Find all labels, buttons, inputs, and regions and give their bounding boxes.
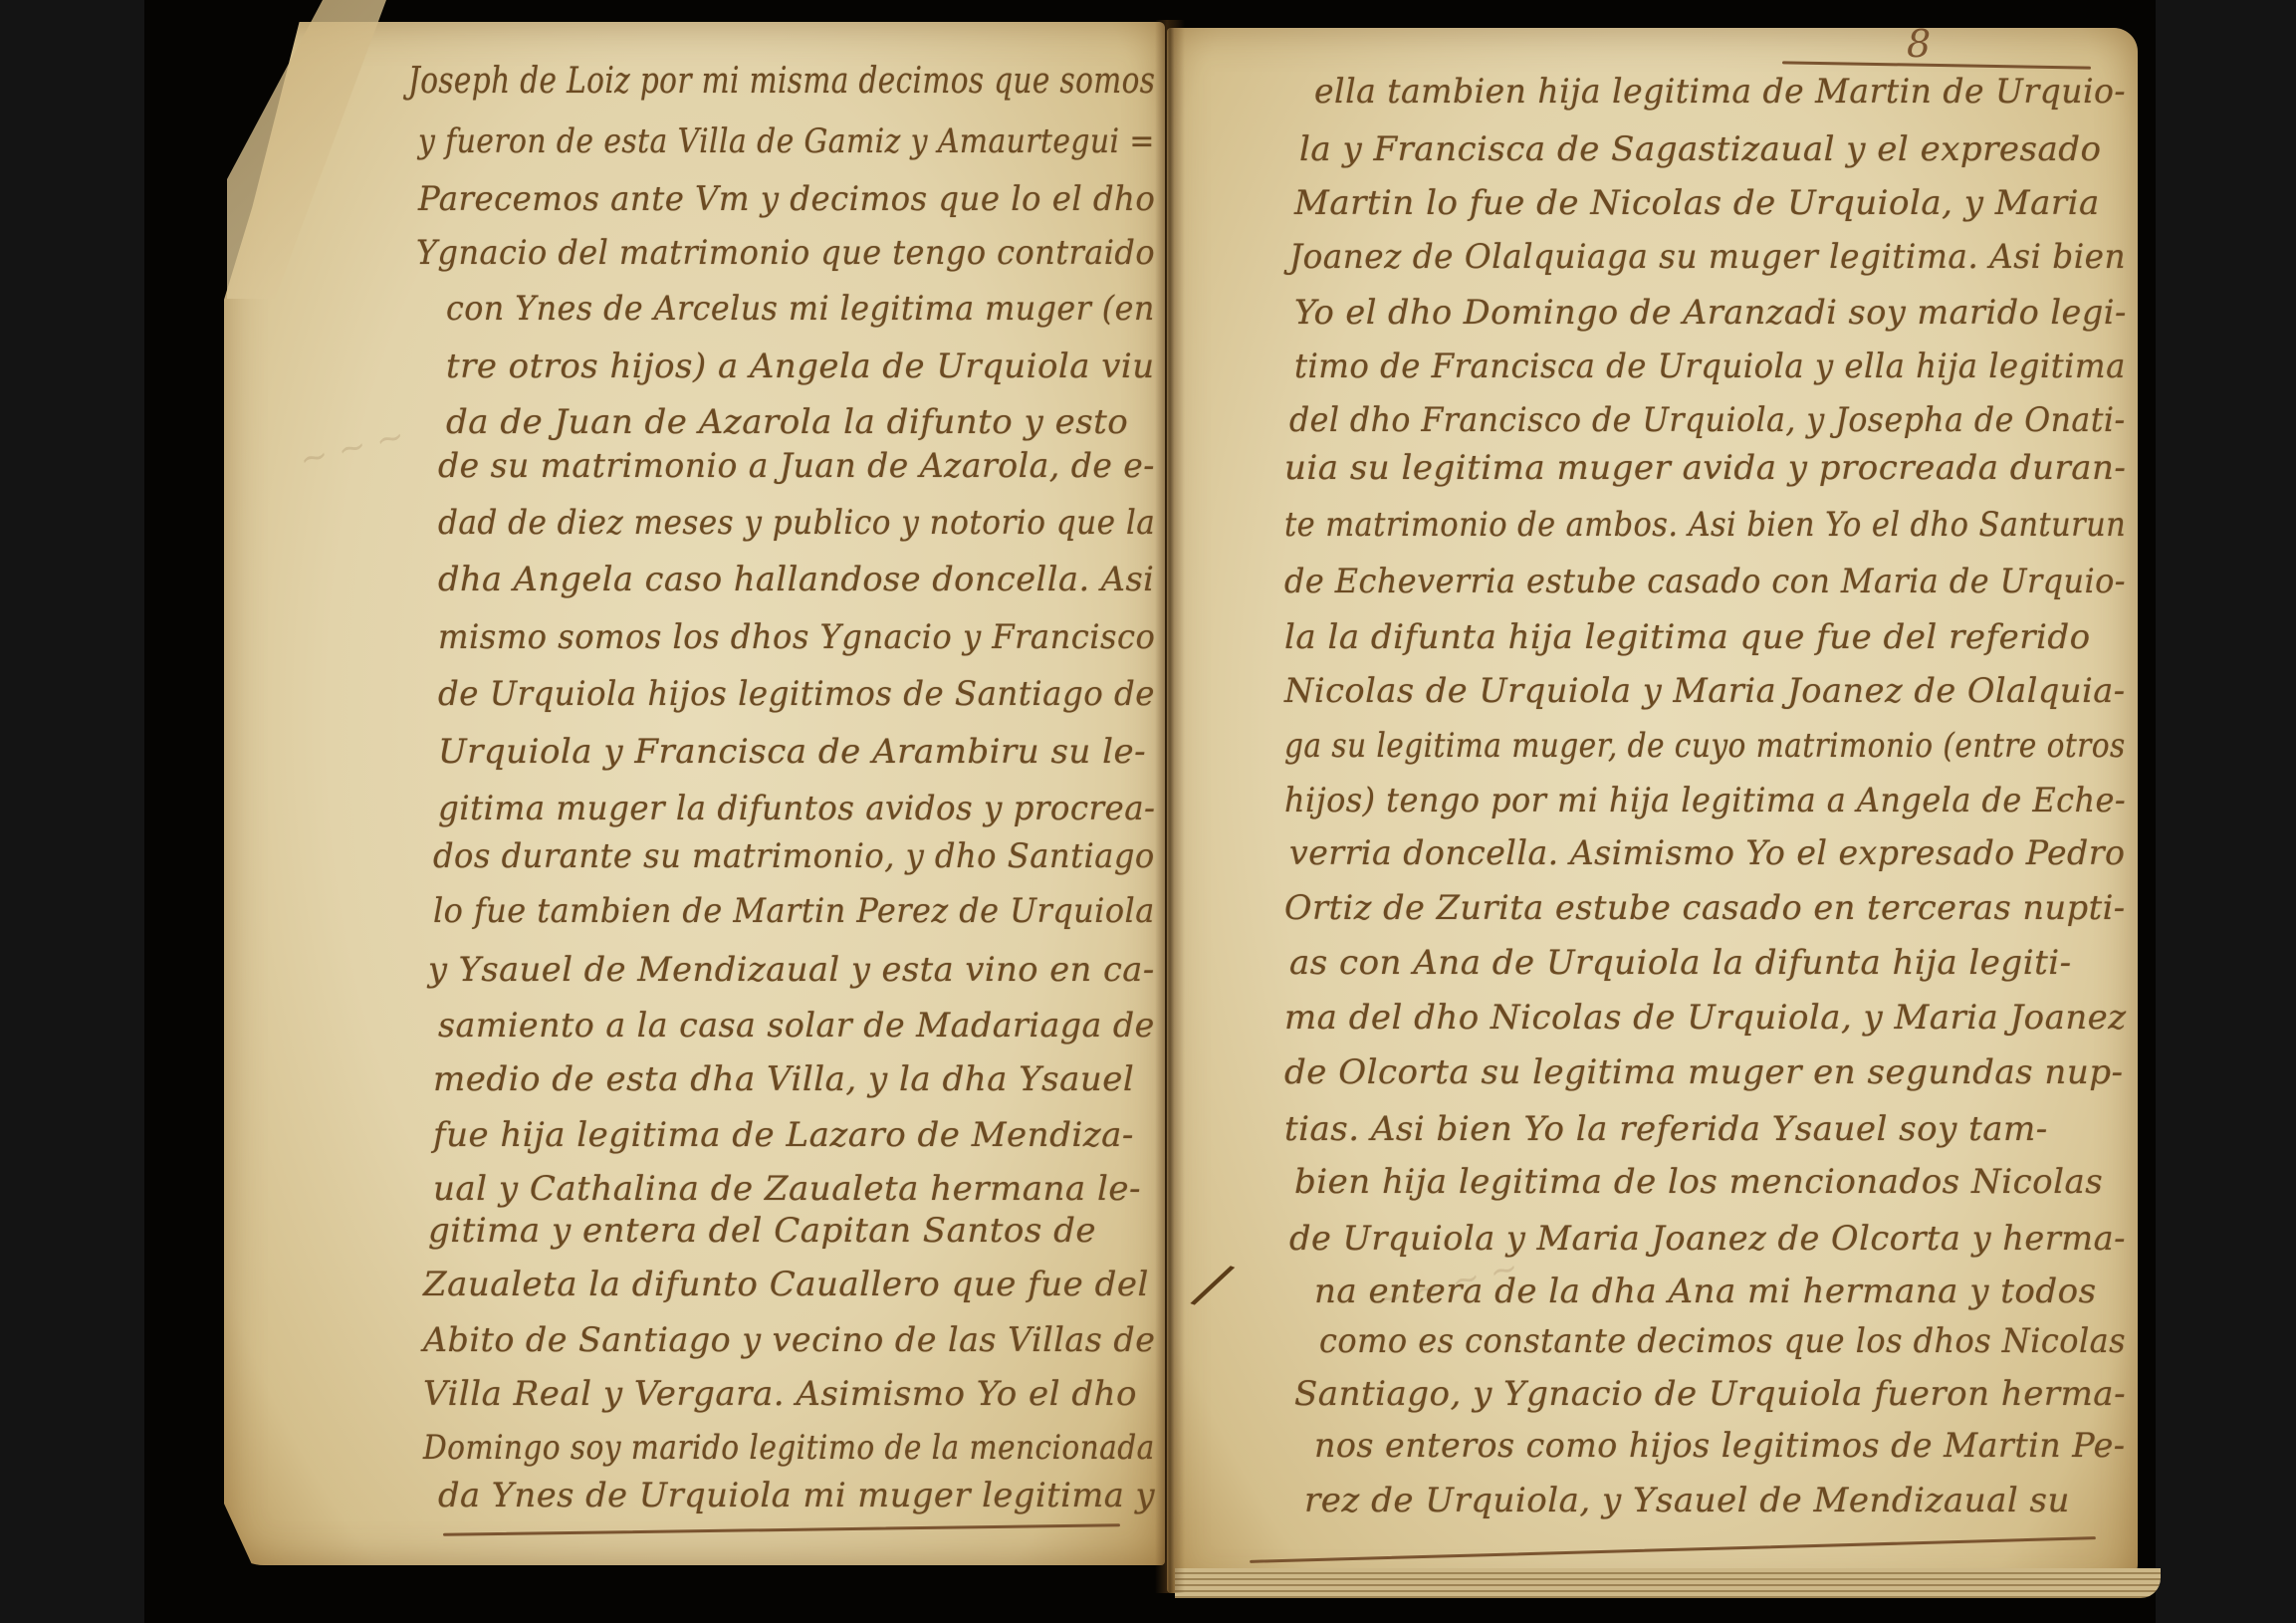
text-line: tre otros hijos) a Angela de Urquiola vi…	[446, 345, 1155, 388]
text-line: Nicolas de Urquiola y Maria Joanez de Ol…	[1284, 669, 2126, 713]
text-line: de Echeverria estube casado con Maria de…	[1284, 560, 2126, 603]
text-line: dha Angela caso hallandose doncella. Asi	[438, 558, 1154, 601]
text-line: verria doncella. Asimismo Yo el expresad…	[1289, 831, 2125, 875]
text-line: Joseph de Loiz por mi misma decimos que …	[408, 60, 1155, 104]
text-line: de Urquiola hijos legitimos de Santiago …	[438, 672, 1155, 716]
text-line: da de Juan de Azarola la difunto y esto	[446, 400, 1128, 444]
text-line: Zaualeta la difunto Cauallero que fue de…	[423, 1263, 1149, 1306]
text-line: con Ynes de Arcelus mi legitima muger (e…	[446, 287, 1155, 331]
text-line: fue hija legitima de Lazaro de Mendiza-	[433, 1113, 1134, 1157]
text-line: Abito de Santiago y vecino de las Villas…	[423, 1318, 1155, 1362]
text-line: de Olcorta su legitima muger en segundas…	[1284, 1050, 2123, 1094]
text-line: dad de diez meses y publico y notorio qu…	[438, 501, 1155, 545]
text-line: Urquiola y Francisca de Arambiru su le-	[438, 730, 1146, 774]
text-line: Domingo soy marido legitimo de la mencio…	[423, 1426, 1155, 1470]
text-line: Santiago, y Ygnacio de Urquiola fueron h…	[1294, 1372, 2126, 1416]
left-dark-band	[0, 0, 144, 1623]
book-gutter	[1155, 20, 1185, 1593]
text-line: Villa Real y Vergara. Asimismo Yo el dho	[423, 1372, 1137, 1416]
text-line: ma del dho Nicolas de Urquiola, y Maria …	[1284, 996, 2127, 1040]
text-line: Parecemos ante Vm y decimos que lo el dh…	[418, 177, 1155, 221]
text-line: gitima muger la difuntos avidos y procre…	[438, 787, 1156, 830]
page-edge-stack	[1175, 1568, 2161, 1598]
text-line: medio de esta dha Villa, y la dha Ysauel	[433, 1057, 1134, 1101]
text-line: as con Ana de Urquiola la difunta hija l…	[1289, 941, 2072, 985]
text-line: Martin lo fue de Nicolas de Urquiola, y …	[1294, 181, 2100, 225]
text-line: Joanez de Olalquiaga su muger legitima. …	[1289, 235, 2126, 279]
text-line: Ygnacio del matrimonio que tengo contrai…	[416, 231, 1155, 275]
text-line: y fueron de esta Villa de Gamiz y Amaurt…	[418, 119, 1155, 163]
text-line: ga su legitima muger, de cuyo matrimonio…	[1284, 724, 2126, 768]
text-line: de Urquiola y Maria Joanez de Olcorta y …	[1289, 1217, 2126, 1261]
text-line: tias. Asi bien Yo la referida Ysauel soy…	[1284, 1107, 2048, 1151]
text-line: dos durante su matrimonio, y dho Santiag…	[433, 834, 1155, 878]
text-line: te matrimonio de ambos. Asi bien Yo el d…	[1284, 503, 2126, 547]
text-line: de su matrimonio a Juan de Azarola, de e…	[438, 444, 1155, 488]
text-line: bien hija legitima de los mencionados Ni…	[1294, 1160, 2103, 1204]
text-line: nos enteros como hijos legitimos de Mart…	[1314, 1424, 2126, 1468]
text-line: mismo somos los dhos Ygnacio y Francisco	[438, 615, 1155, 659]
text-line: ual y Cathalina de Zaualeta hermana le-	[433, 1167, 1141, 1211]
text-line: da Ynes de Urquiola mi muger legitima y	[438, 1474, 1155, 1517]
text-line: Yo el dho Domingo de Aranzadi soy marido…	[1294, 291, 2127, 335]
text-line: la y Francisca de Sagastizaual y el expr…	[1299, 127, 2101, 171]
text-line: na entera de la dha Ana mi hermana y tod…	[1314, 1270, 2097, 1313]
text-line: gitima y entera del Capitan Santos de	[428, 1209, 1096, 1253]
text-line: hijos) tengo por mi hija legitima a Ange…	[1284, 779, 2126, 822]
text-line: ella tambien hija legitima de Martin de …	[1314, 70, 2126, 114]
text-line: uia su legitima muger avida y procreada …	[1284, 446, 2126, 490]
text-line: Ortiz de Zurita estube casado en tercera…	[1284, 886, 2126, 930]
text-line: como es constante decimos que los dhos N…	[1319, 1319, 2126, 1363]
text-line: del dho Francisco de Urquiola, y Josepha…	[1289, 398, 2126, 442]
folio-number: 8	[1907, 22, 1931, 66]
text-line: la la difunta hija legitima que fue del …	[1284, 615, 2091, 659]
text-line: y Ysauel de Mendizaual y esta vino en ca…	[428, 948, 1155, 992]
text-line: samiento a la casa solar de Madariaga de	[438, 1004, 1155, 1047]
text-line: timo de Francisca de Urquiola y ella hij…	[1294, 345, 2126, 388]
text-line: rez de Urquiola, y Ysauel de Mendizaual …	[1304, 1479, 2070, 1522]
text-line: lo fue tambien de Martin Perez de Urquio…	[433, 889, 1155, 933]
right-dark-band	[2156, 0, 2296, 1623]
